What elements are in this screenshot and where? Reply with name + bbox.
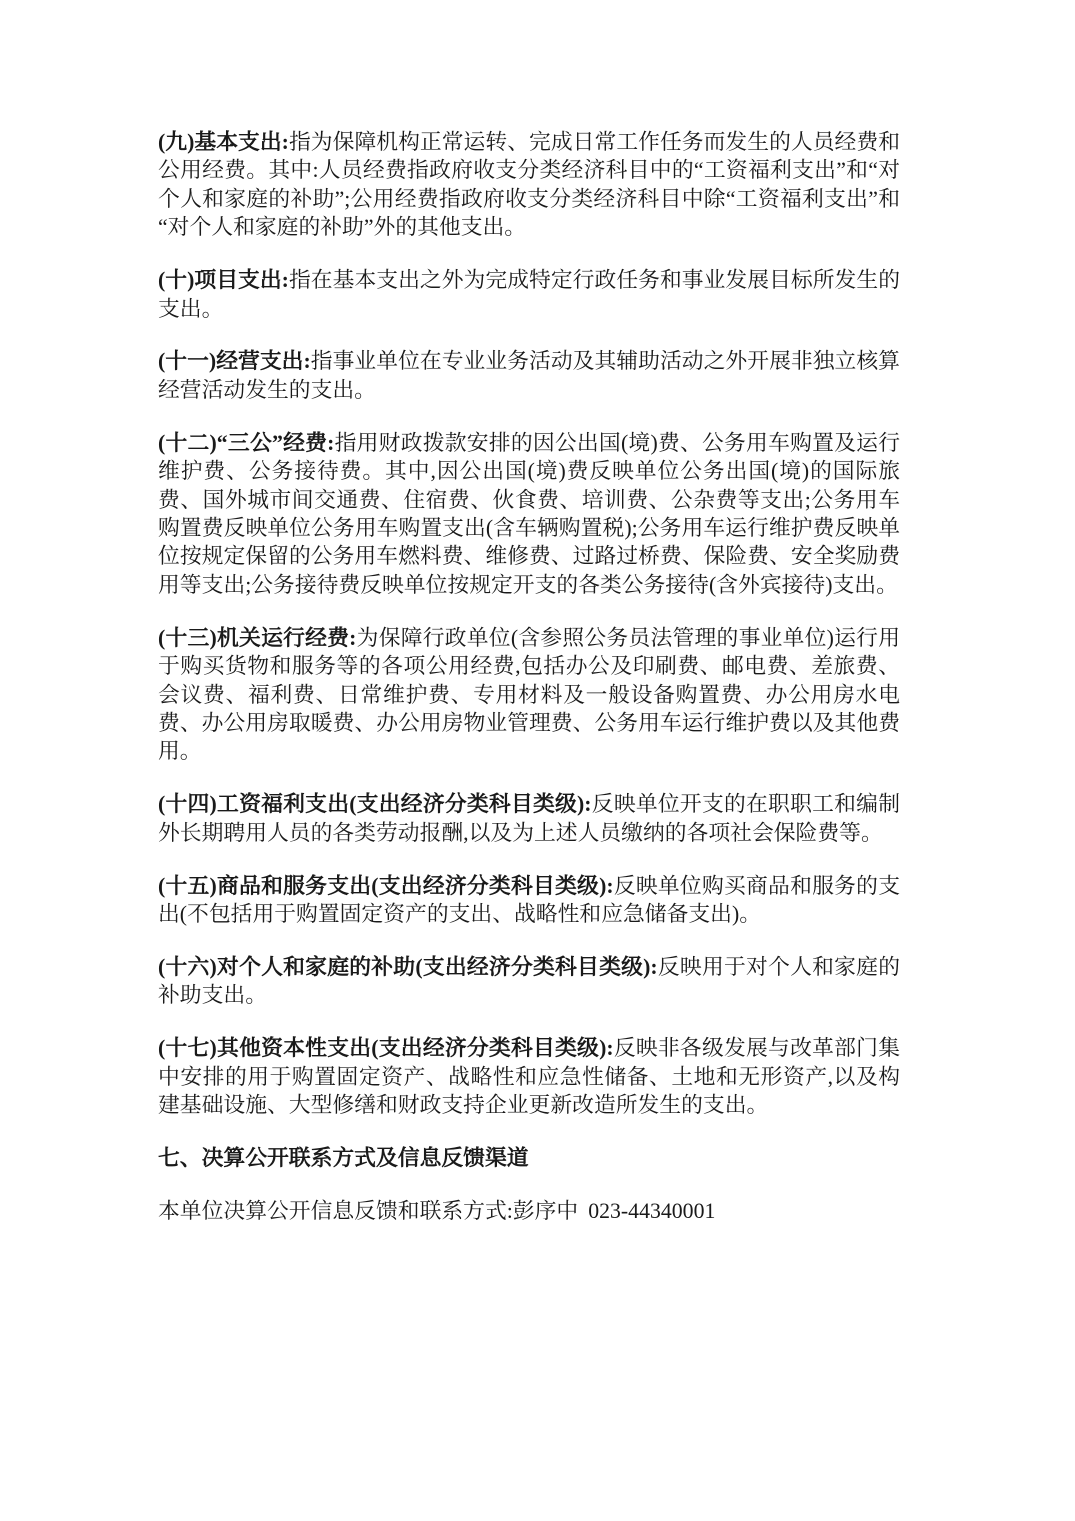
term-label: (十五)商品和服务支出(支出经济分类科目类级): [158, 874, 614, 898]
definition-paragraph: (十一)经营支出:指事业单位在专业业务活动及其辅助活动之外开展非独立核算经营活动… [158, 347, 900, 404]
definition-paragraph: (九)基本支出:指为保障机构正常运转、完成日常工作任务而发生的人员经费和公用经费… [158, 128, 900, 242]
definition-paragraph: (十七)其他资本性支出(支出经济分类科目类级):反映非各级发展与改革部门集中安排… [158, 1034, 900, 1119]
term-label: (十四)工资福利支出(支出经济分类科目类级): [158, 792, 592, 816]
definition-paragraph: (十)项目支出:指在基本支出之外为完成特定行政任务和事业发展目标所发生的支出。 [158, 266, 900, 323]
term-label: (十)项目支出: [158, 268, 289, 292]
term-label: (十三)机关运行经费: [158, 626, 356, 650]
term-definition: 指用财政拨款安排的因公出国(境)费、公务用车购置及运行维护费、公务接待费。其中,… [158, 431, 900, 597]
term-label: (十六)对个人和家庭的补助(支出经济分类科目类级): [158, 955, 658, 979]
definition-paragraph-list: (九)基本支出:指为保障机构正常运转、完成日常工作任务而发生的人员经费和公用经费… [158, 128, 900, 1119]
contact-name: 彭序中 [513, 1199, 578, 1223]
term-label: (十一)经营支出: [158, 349, 311, 373]
definition-paragraph: (十四)工资福利支出(支出经济分类科目类级):反映单位开支的在职职工和编制外长期… [158, 790, 900, 847]
term-label: (十七)其他资本性支出(支出经济分类科目类级): [158, 1036, 614, 1060]
definition-paragraph: (十二)“三公”经费:指用财政拨款安排的因公出国(境)费、公务用车购置及运行维护… [158, 429, 900, 599]
contact-line: 本单位决算公开信息反馈和联系方式:彭序中023-44340001 [158, 1197, 900, 1225]
term-label: (十二)“三公”经费: [158, 431, 334, 455]
definition-paragraph: (十五)商品和服务支出(支出经济分类科目类级):反映单位购买商品和服务的支出(不… [158, 872, 900, 929]
contact-phone: 023-44340001 [588, 1199, 715, 1223]
section-heading: 七、决算公开联系方式及信息反馈渠道 [158, 1144, 900, 1172]
document-page: (九)基本支出:指为保障机构正常运转、完成日常工作任务而发生的人员经费和公用经费… [0, 0, 1075, 1521]
contact-prefix: 本单位决算公开信息反馈和联系方式: [158, 1199, 513, 1223]
definition-paragraph: (十六)对个人和家庭的补助(支出经济分类科目类级):反映用于对个人和家庭的补助支… [158, 953, 900, 1010]
term-label: (九)基本支出: [158, 130, 289, 154]
definition-paragraph: (十三)机关运行经费:为保障行政单位(含参照公务员法管理的事业单位)运行用于购买… [158, 624, 900, 766]
